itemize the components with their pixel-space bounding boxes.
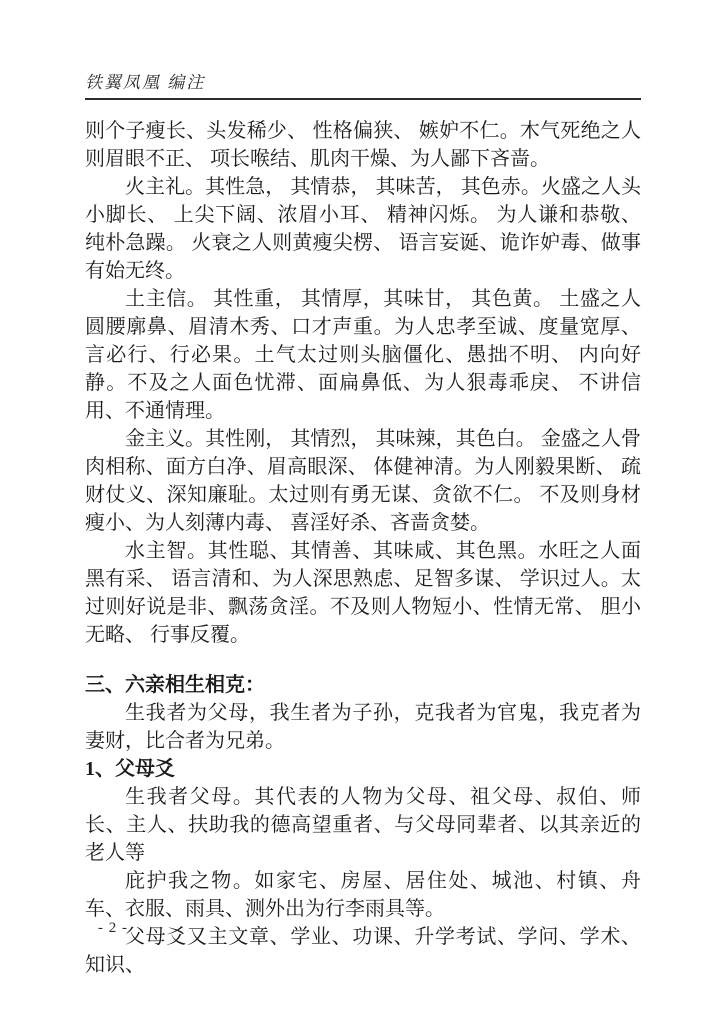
page-number: - 2 -	[98, 920, 128, 936]
paragraph-parents-yao-people: 生我者父母。其代表的人物为父母、祖父母、叔伯、师长、主人、扶助我的德高望重者、与…	[85, 783, 641, 867]
document-body: 则个子瘦长、头发稀少、 性格偏狭、 嫉妒不仁。木气死绝之人则眉眼不正、 项长喉结…	[85, 117, 641, 979]
paragraph-wood-continuation: 则个子瘦长、头发稀少、 性格偏狭、 嫉妒不仁。木气死绝之人则眉眼不正、 项长喉结…	[85, 117, 641, 173]
section-heading-six-relations: 三、六亲相生相克：	[85, 671, 641, 699]
paragraph-parents-yao-subjects: 父母爻又主文章、学业、功课、升学考试、学问、学术、知识、	[85, 923, 641, 979]
paragraph-six-relations-intro: 生我者为父母，我生者为子孙，克我者为官鬼，我克者为妻财，比合者为兄弟。	[85, 699, 641, 755]
subsection-heading-parents-yao: 1、父母爻	[85, 755, 641, 783]
paragraph-earth-element: 土主信。 其性重， 其情厚，其味甘， 其色黄。 土盛之人圆腰廓鼻、眉清木秀、口才…	[85, 285, 641, 425]
paragraph-parents-yao-objects: 庇护我之物。如家宅、房屋、居住处、城池、村镇、舟车、衣服、雨具、测外出为行李雨具…	[85, 867, 641, 923]
header-rule	[85, 98, 641, 100]
paragraph-fire-element: 火主礼。其性急， 其情恭， 其味苦， 其色赤。火盛之人头小脚长、 上尖下阔、浓眉…	[85, 173, 641, 285]
page-header: 铁翼凤凰 编注	[85, 68, 641, 100]
paragraph-metal-element: 金主义。其性刚， 其情烈， 其味辣，其色白。 金盛之人骨肉相称、面方白净、眉高眼…	[85, 425, 641, 537]
header-author-text: 铁翼凤凰 编注	[85, 68, 641, 93]
paragraph-water-element: 水主智。其性聪、其情善、其味咸、其色黑。水旺之人面黑有采、 语言清和、为人深思熟…	[85, 537, 641, 649]
page-footer: - 2 -	[98, 920, 128, 937]
document-page: 铁翼凤凰 编注 则个子瘦长、头发稀少、 性格偏狭、 嫉妒不仁。木气死绝之人则眉眼…	[0, 0, 724, 1024]
